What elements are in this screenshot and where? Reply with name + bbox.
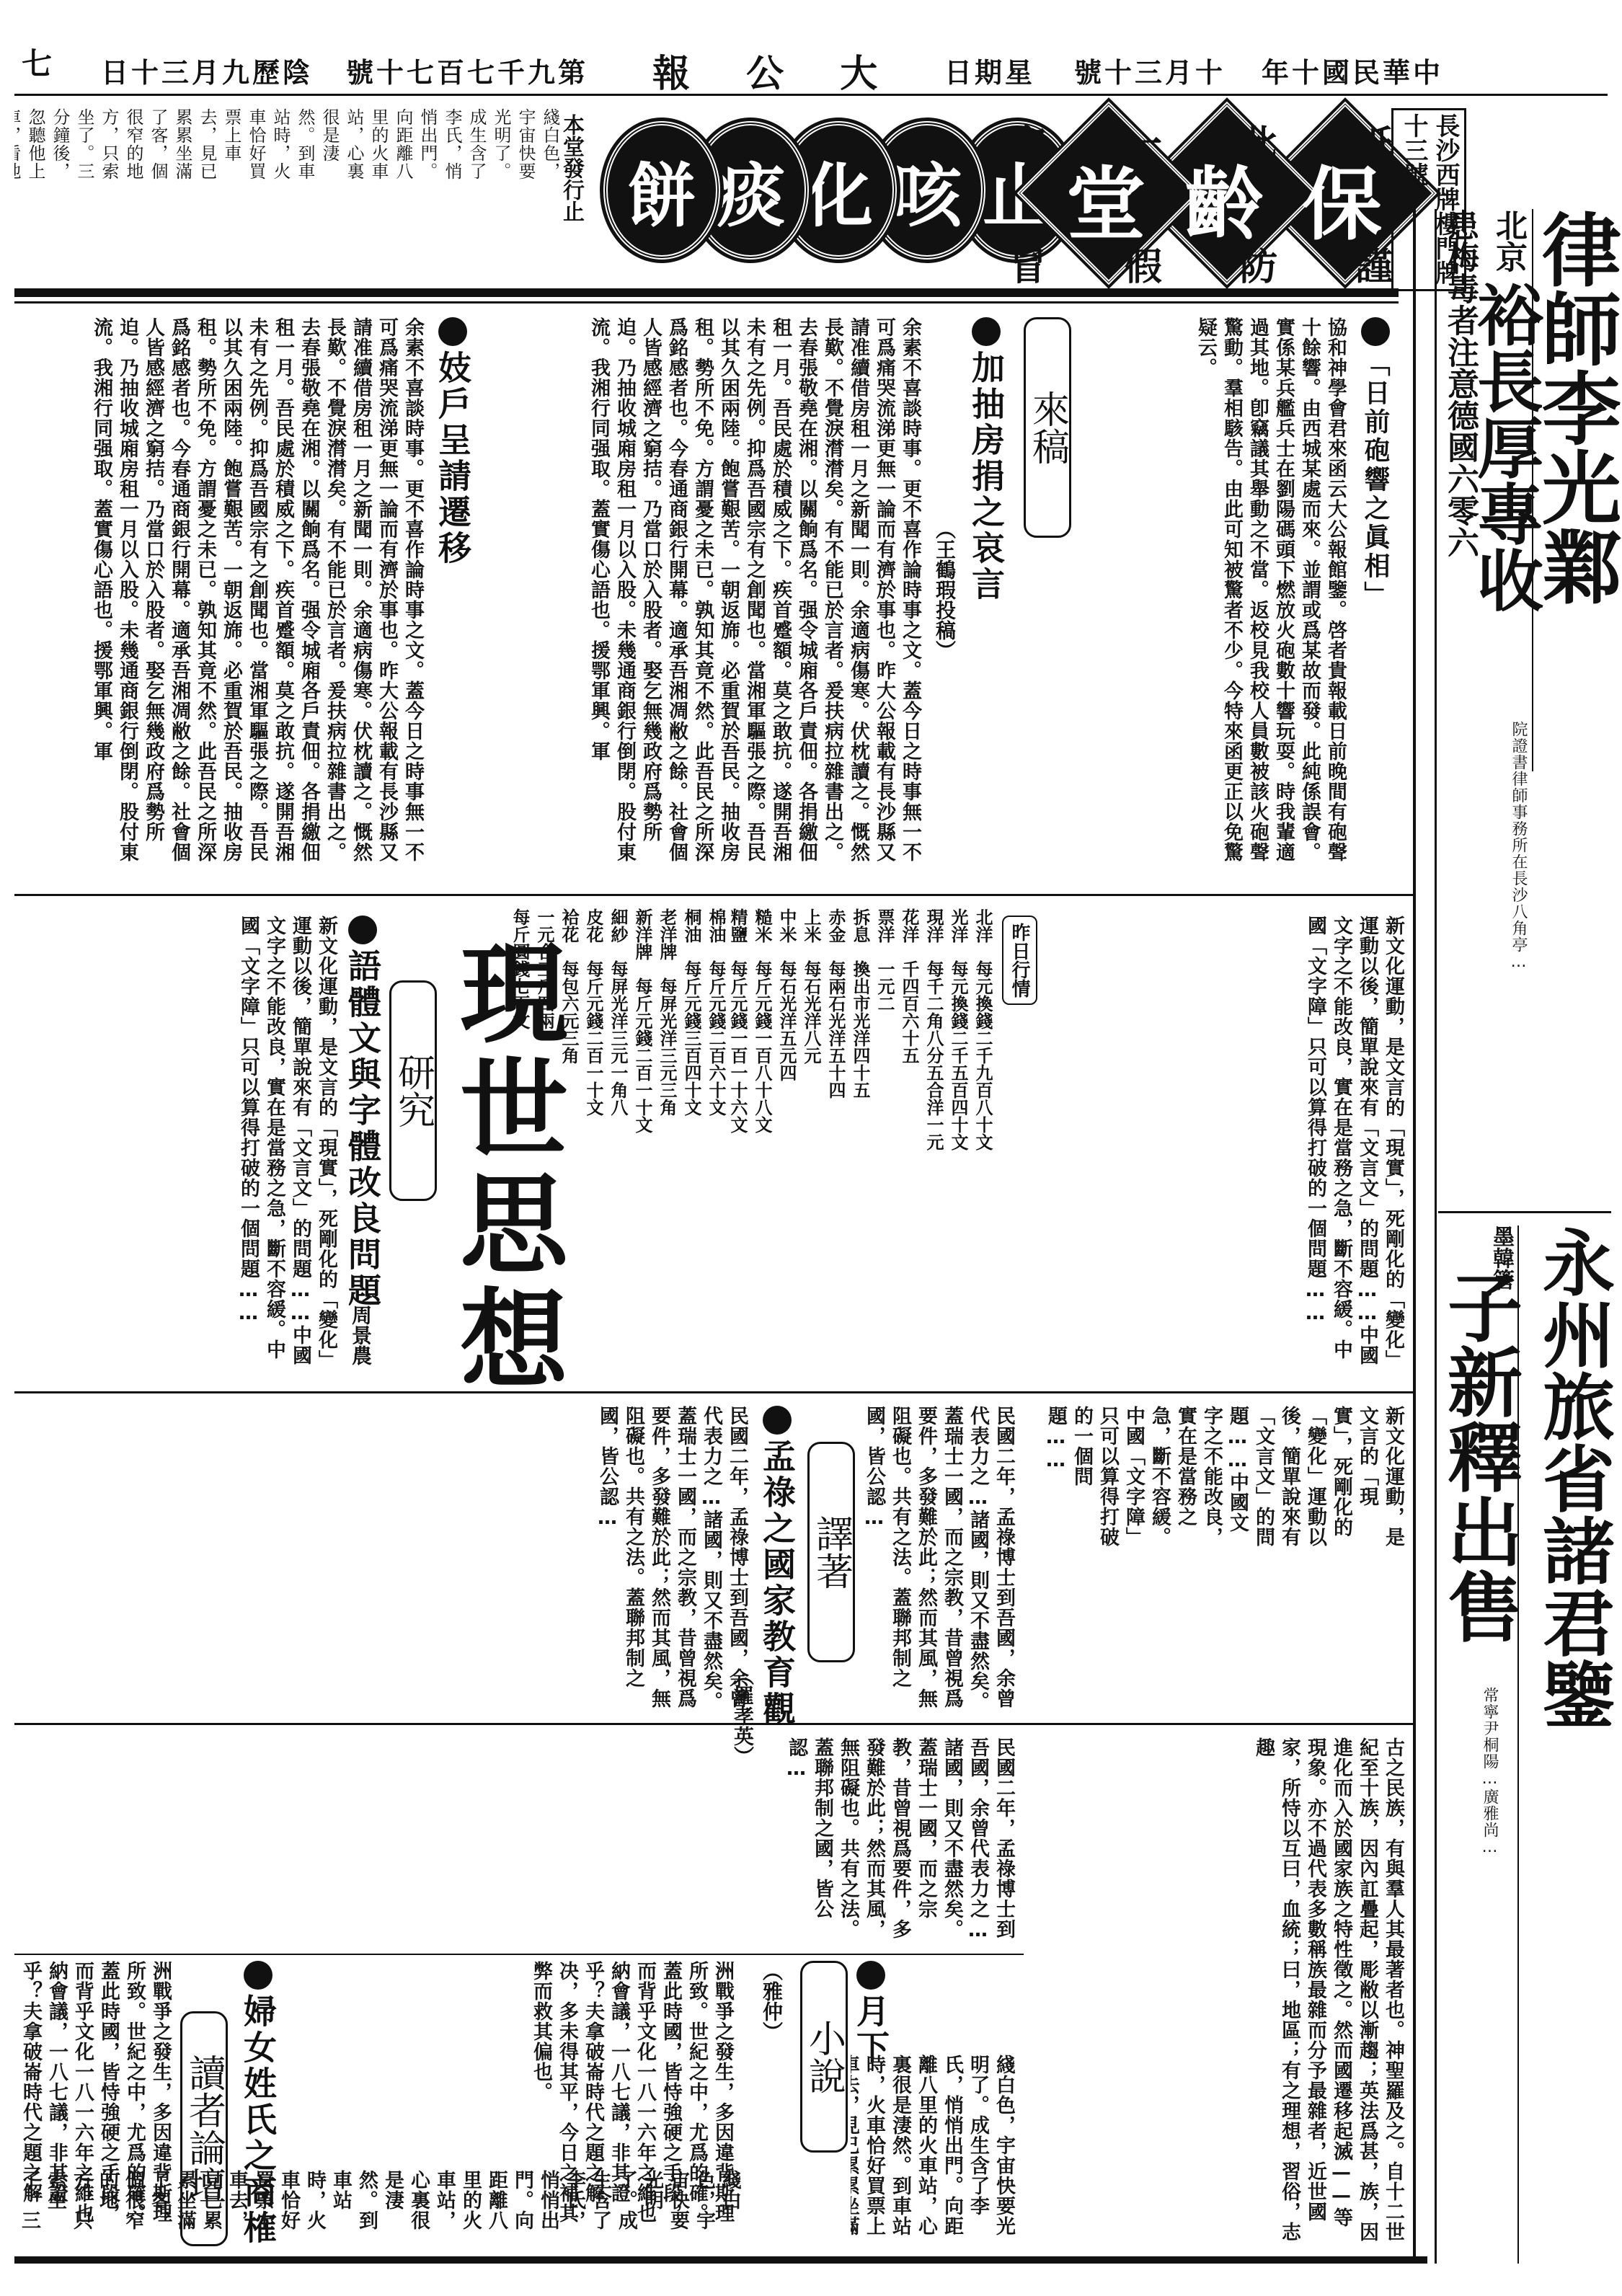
market-row: 北洋 每元換錢二千九百八十文: [970, 908, 995, 1384]
market-item: 花洋: [899, 908, 920, 943]
right-column-rule: [1435, 209, 1437, 2264]
market-row: 棉油 每斤元錢二百六十文: [704, 908, 728, 1384]
artillery-title: 「日前砲響之眞相」: [1355, 317, 1396, 610]
weekday-text: 星期日: [944, 57, 1035, 89]
market-row: 赤金 每兩石光洋五十四: [823, 908, 848, 1384]
market-price: 每斤元錢三百四十文: [681, 960, 702, 1116]
note-jia: 家: [1009, 114, 1047, 168]
bullet-icon: [972, 317, 1001, 346]
ad-char-5: 餅: [603, 121, 720, 260]
contribution-label: 來稿: [1024, 317, 1071, 538]
row2-rule: [14, 1391, 1413, 1393]
bottom-inner-rule: [14, 1954, 1024, 1955]
europe-nations-body: 古之民族，有與羣人其最著者也。神聖羅及之。自十二世紀至十族，因內訌疊起，彫敝以漸…: [1024, 1737, 1406, 2242]
nationalism-body: 民國二年，孟祿博士到吾國，余曾代表力之…諸國，則又不盡然矣。蓋瑞士一國，而之宗教…: [22, 1406, 750, 1716]
market-price: 每元換錢二千九百八十文: [972, 960, 993, 1151]
brothel-body: 余素不喜談時事。更不喜作論時事之文。蓋今日之時事無一不可爲痛哭流涕更無一論而有濟…: [22, 317, 425, 879]
market-item: 精鹽: [727, 908, 748, 943]
yongzhou-notice: 永州旅省諸君鑒: [1535, 1225, 1610, 1730]
market-item: 北洋: [972, 908, 993, 943]
market-price: 每斤元錢二百六十文: [706, 960, 727, 1116]
modern-thought-tail: 新文化運動，是文言的「現實」，死剛化的「變化」運動以後，簡單說來有「文言文」的問…: [1024, 1406, 1406, 1550]
market-price: 每斤元錢二百一十文: [583, 960, 604, 1116]
novel-author: （雅仲）: [757, 1961, 786, 2042]
note-yi: 一: [1125, 114, 1162, 168]
bottom-rule-thick: [14, 2256, 1427, 2264]
market-item: 皮花: [583, 908, 604, 943]
modern-thought-body: 新文化運動，是文言的「現實」，死剛化的「變化」運動以後，簡單說來有「文言文」的問…: [22, 916, 339, 1377]
market-item: 赤金: [825, 908, 846, 943]
brothel-title-text: 妓戶呈請遷移: [433, 350, 472, 567]
masthead-rule: [14, 94, 1608, 96]
nationalism-title-text: 孟祿之國家教育觀: [758, 1439, 797, 1727]
page-number: 七: [22, 40, 55, 84]
novel-title: 月下: [851, 1961, 891, 2066]
weekday: 星期日: [944, 50, 1035, 90]
main-right-border: [1413, 209, 1416, 2264]
housing-tax-author: （王鶴瑕投稿）: [930, 519, 959, 660]
market-row: 現洋 每千二角八分五合洋一元: [921, 908, 946, 1384]
cough-side-note: 本堂發行止: [555, 114, 587, 222]
banner-left-filler: 綫白色，宇宙快要光明了。成生含了李氏，悄悄出門。向距離八里的火車站，心裏很是淒然…: [14, 108, 560, 190]
market-table-2: 棉油 每斤元錢二百六十文 桐油 每斤元錢三百四十文 老洋牌 每屏光洋三元三角 新…: [548, 908, 728, 1384]
market-row: 細紗 每屏光洋三元一角八: [606, 908, 630, 1384]
market-row: 上米 每石光洋八元: [799, 908, 823, 1384]
lunar-date-text: 陰歷九月三十日: [101, 57, 313, 89]
issue-number: 第九千七百七十號: [346, 50, 588, 90]
housing-tax-title: 加抽房捐之哀言: [966, 317, 1006, 603]
novel-body-start: 綫白色，宇宙快要光明了。成生含了李氏，悄悄出門。向距離八里的火車站，心裏很是淒然…: [851, 2055, 1016, 2249]
translation-label: 譯著: [807, 1442, 855, 1662]
market-row: 票洋 一元二: [872, 908, 897, 1384]
market-price: 每石光洋五元四: [776, 960, 797, 1081]
note-jia2: 假: [1125, 236, 1162, 291]
modern-thought-title: 語體文與字體改良問題: [342, 916, 383, 1309]
market-price: 每屏光洋三元三角: [657, 978, 678, 1116]
bullet-icon: [763, 1406, 792, 1435]
market-price: 每斤元錢一百八十八文: [752, 960, 773, 1133]
market-table: 北洋 每元換錢二千九百八十文 光洋 每元換錢二千五百四十文 現洋 每千二角八分五…: [721, 908, 995, 1384]
modern-thought-author: 周景農: [346, 1305, 375, 1365]
housing-tax-title-text: 加抽房捐之哀言: [967, 350, 1006, 603]
novel-body: 綫白色，宇宙快要光明了。成生含了李氏，悄悄出門。向距離八里的火車站，心裏很是淒然…: [22, 2170, 743, 2249]
book-sale-title: 子新釋出售: [1438, 1269, 1519, 1644]
market-row: 精鹽 每斤元錢一百一十六文: [725, 908, 750, 1384]
market-item: 現洋: [923, 908, 944, 943]
market-row: 光洋 每元換錢二千五百四十文: [946, 908, 970, 1384]
bullet-icon: [244, 1961, 272, 1990]
novel-label: 小說: [800, 1961, 848, 2153]
book-detail: 常寧尹桐陽…廣雅尚…: [1442, 1687, 1499, 2047]
market-item: 中米: [776, 908, 797, 943]
row1-rule: [14, 894, 1413, 896]
market-item: 老洋牌: [657, 908, 678, 960]
bullet-icon: [348, 916, 377, 944]
market-row: 花洋 千四百六十五: [897, 908, 921, 1384]
artillery-title-text: 「日前砲響之眞相」: [1360, 350, 1391, 610]
market-row: 糙米 每斤元錢一百八十八文: [750, 908, 774, 1384]
market-item: 上米: [801, 908, 822, 943]
banner-rule-thick: [14, 288, 1399, 297]
year: 中華民國十年: [1262, 50, 1443, 90]
nationalism-title: 孟祿之國家教育觀: [757, 1406, 797, 1727]
market-price: 每斤元錢二百一十文: [632, 978, 653, 1133]
market-row: 皮花 每斤元錢二百一十文: [581, 908, 606, 1384]
nationalism-body-cont: 民國二年，孟祿博士到吾國，余曾代表力之…諸國，則又不盡然矣。蓋瑞士一國，而之宗教…: [858, 1406, 1016, 1716]
brothel-title: 妓戶呈請遷移: [433, 317, 473, 567]
market-item: 新洋牌: [632, 908, 653, 960]
market-price: 一元二: [874, 960, 895, 1012]
note-fang: 防: [1240, 236, 1277, 291]
market-row: 拆息 換出市光洋四十五: [848, 908, 872, 1384]
note-jin: 謹: [1355, 236, 1393, 291]
banner-rule-thin: [14, 301, 1399, 303]
market-row: 新洋牌 每斤元錢二百一十文: [630, 908, 655, 1384]
market-price: 每兩石光洋五十四: [825, 960, 846, 1099]
lawyer-ad-note: 院證書律師事務所在長沙八角亭…: [1471, 721, 1528, 1139]
modern-thought-body-cont: 新文化運動，是文言的「現實」，死剛化的「變化」運動以後，簡單說來有「文言文」的問…: [1024, 916, 1406, 1377]
lawyer-ad-title: 律師李光鄴: [1535, 209, 1615, 606]
research-label: 研究: [389, 980, 437, 1201]
market-price: 千四百六十五: [899, 960, 920, 1064]
paper-title: 大 公 報: [652, 43, 899, 97]
banner-left-text: 綫白色，宇宙快要光明了。成生含了李氏，悄悄出門。向距離八里的火車站，心裏很是淒然…: [14, 108, 562, 195]
note-mao: 冒: [1009, 236, 1047, 291]
market-row: 桐油 每斤元錢三百四十文: [679, 908, 704, 1384]
market-price: 每屏光洋三元一角八: [608, 960, 629, 1116]
modern-thought-heading: 現世思想: [447, 937, 562, 1399]
hospital-name: 裕長厚專收: [1471, 281, 1540, 613]
market-item: 票洋: [874, 908, 895, 943]
market-row: 中米 每石光洋五元四: [774, 908, 799, 1384]
market-price: 每石光洋八元: [801, 960, 822, 1064]
market-price: 換出市光洋四十五: [850, 960, 871, 1099]
market-price: 每千二角八分五合洋一元: [923, 960, 944, 1151]
market-item: 棉油: [706, 908, 727, 943]
hospital-prefix: 北京: [1485, 209, 1531, 272]
market-item: 細紗: [608, 908, 629, 943]
date-text: 十月三十號: [1074, 57, 1226, 89]
market-item: 拆息: [850, 908, 871, 943]
row3-rule: [14, 1723, 1413, 1725]
issue-number-text: 第九千七百七十號: [346, 57, 588, 89]
paper-title-text: 大 公 報: [652, 53, 899, 96]
date: 十月三十號: [1074, 50, 1226, 90]
bullet-icon: [1361, 317, 1390, 346]
year-text: 中華民國十年: [1262, 57, 1443, 89]
nationalism-body-bottom: 民國二年，孟祿博士到吾國，余曾代表力之…諸國，則又不盡然矣。蓋瑞士一國，而之宗教…: [288, 1737, 1016, 1954]
yongzhou-rule: [1438, 1211, 1611, 1213]
note-zhi: 祇: [1355, 114, 1393, 168]
lunar-date: 陰歷九月三十日: [101, 50, 313, 90]
bullet-icon: [438, 317, 467, 346]
note-ci: 此: [1240, 114, 1277, 168]
bullet-icon: [856, 1961, 885, 1990]
hospital-sub: 患梅毒者注意德國六零六: [1442, 209, 1478, 558]
modern-thought-title-text: 語體文與字體改良問題: [343, 949, 382, 1309]
market-row: 老洋牌 每屏光洋三元三角: [655, 908, 679, 1384]
market-price: 每斤元錢一百一十六文: [727, 960, 748, 1133]
market-item: 桐油: [681, 908, 702, 943]
market-item: 糙米: [752, 908, 773, 943]
housing-tax-body: 余素不喜談時事。更不喜作論時事之文。蓋今日之時事無一不可爲痛哭流涕更無一論而有濟…: [476, 317, 923, 879]
market-price: 每元換錢二千五百四十文: [948, 960, 969, 1151]
market-item: 光洋: [948, 908, 969, 943]
